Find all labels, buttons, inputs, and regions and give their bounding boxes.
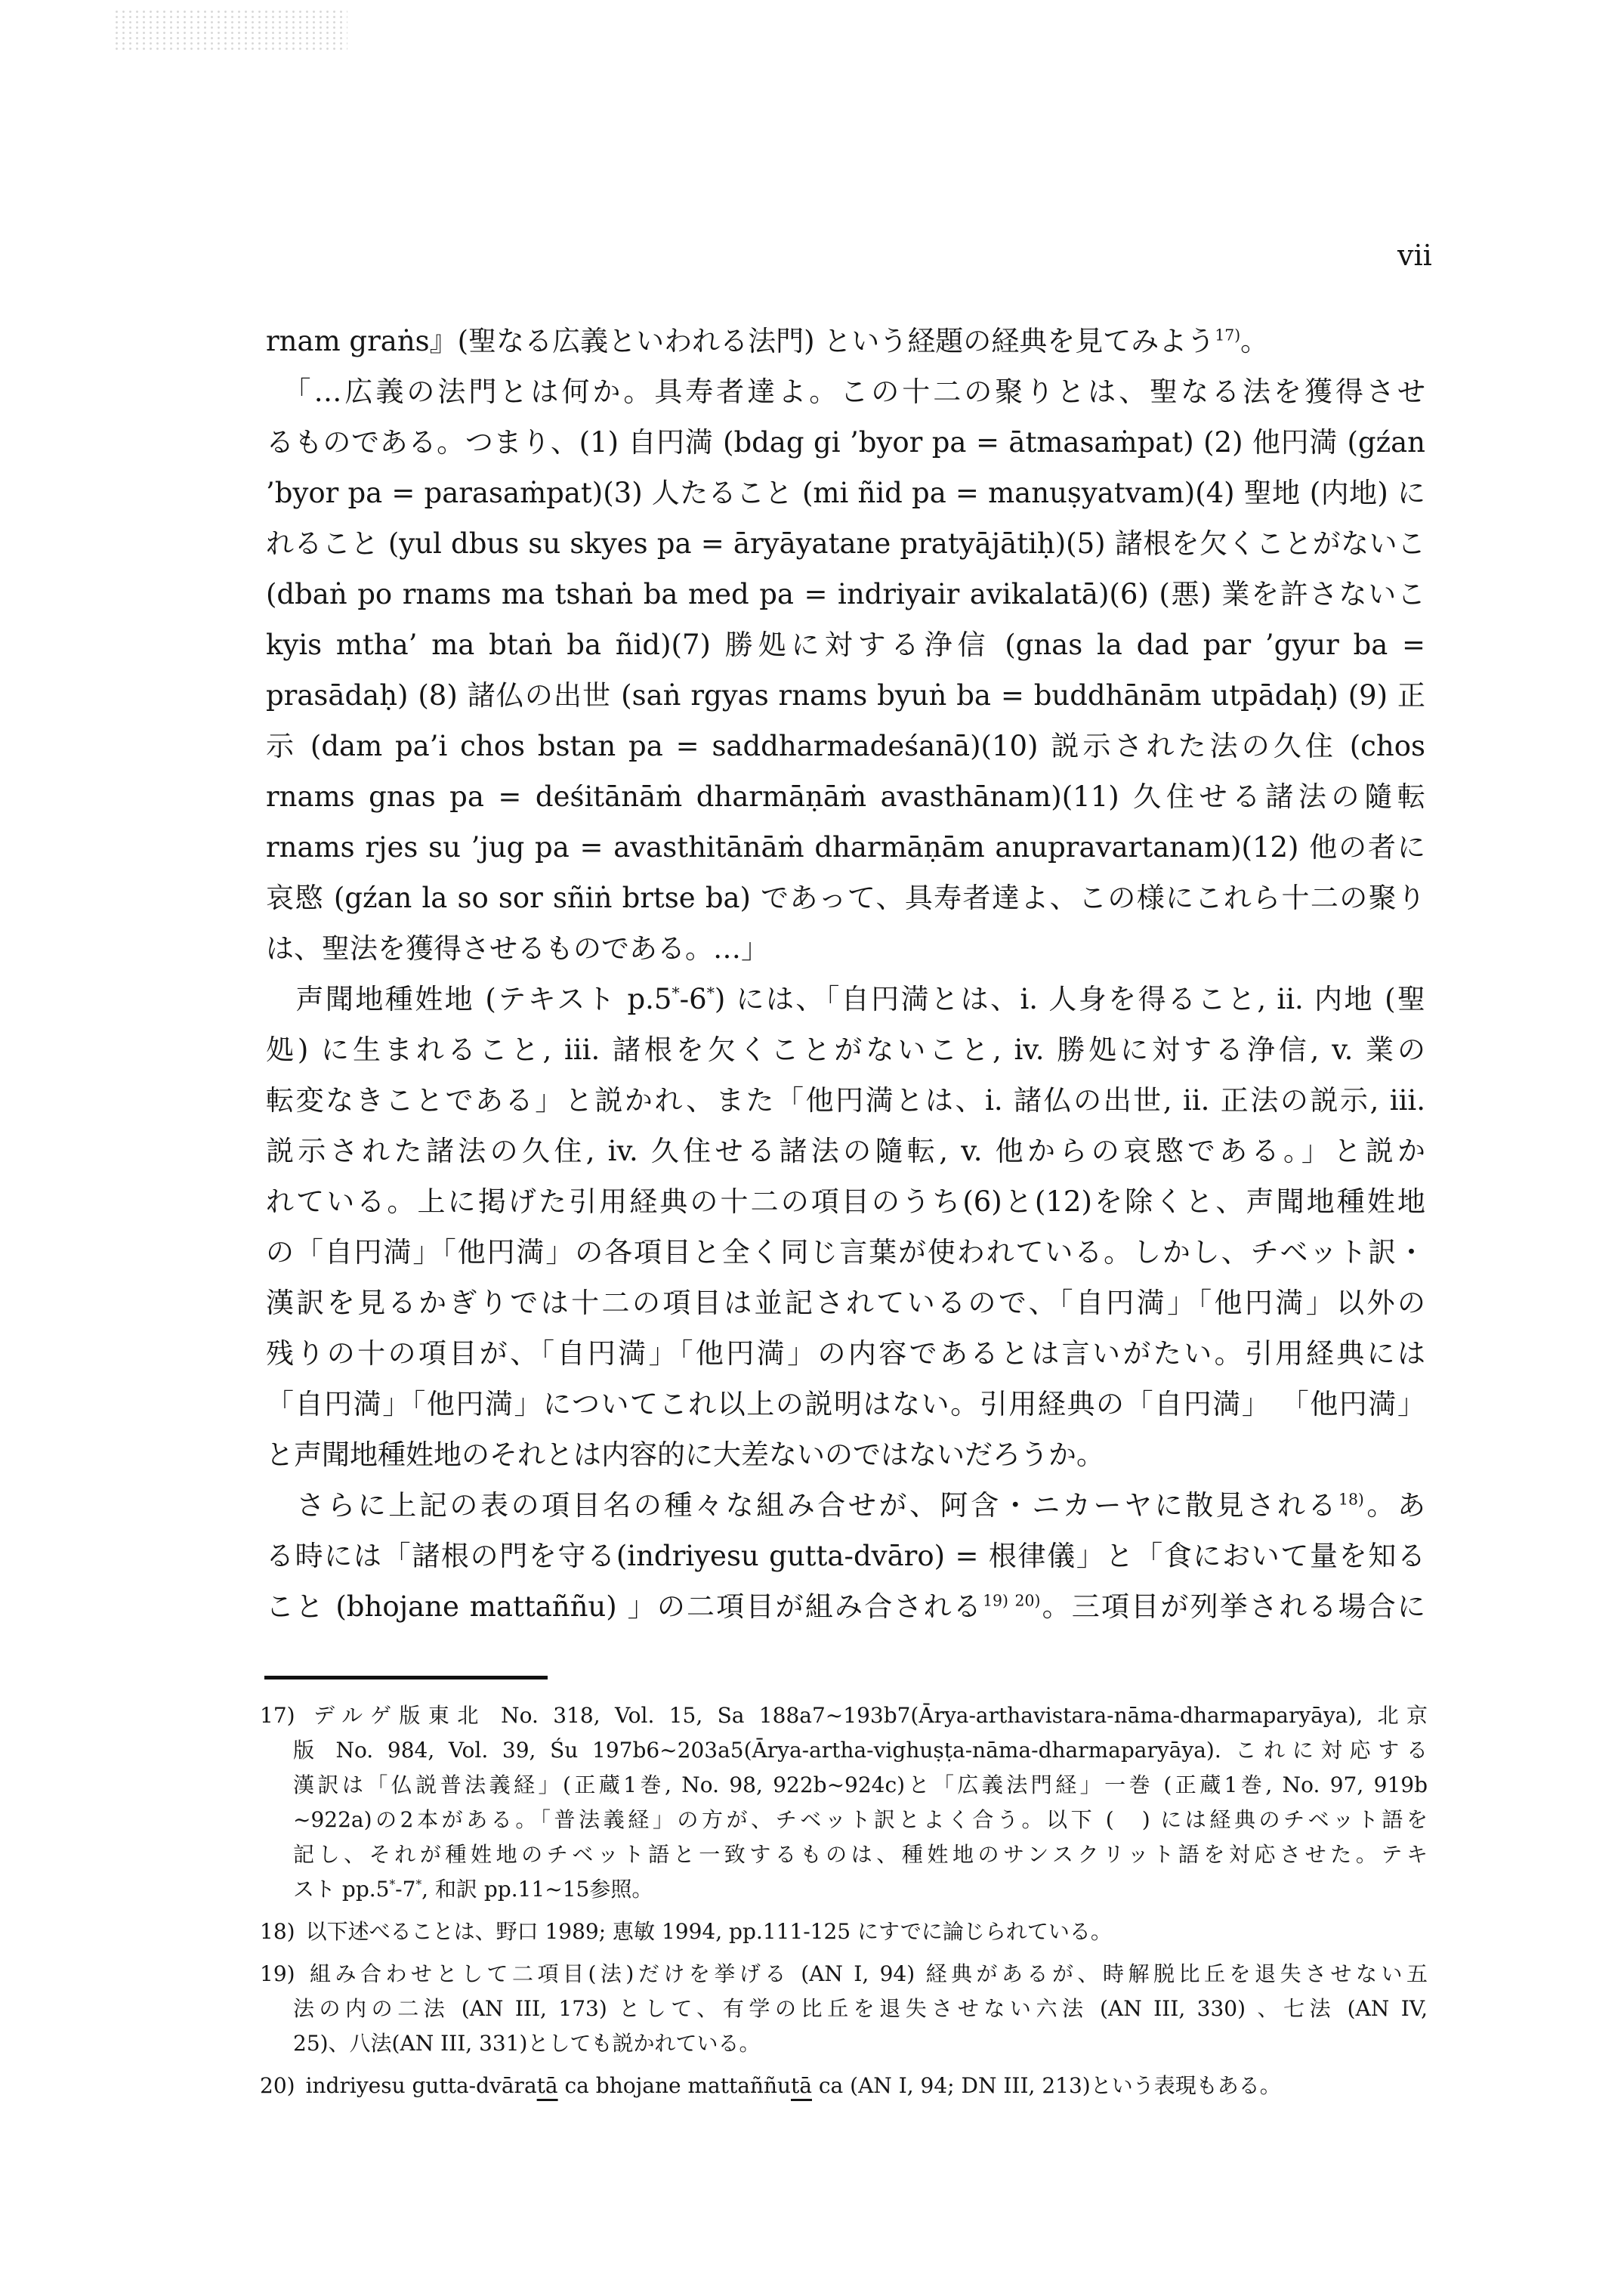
footnote-number: 18) bbox=[260, 1919, 306, 1944]
footnotes: 17)デルゲ版東北 No. 318, Vol. 15, Sa 188a7~193… bbox=[260, 1698, 1428, 2111]
text-line: ’byor pa = parasaṁpat)(3) 人たること (mi ñid … bbox=[266, 468, 1425, 518]
body-text: rnam graṅs』(聖なる広義といわれる法門) という経題の経典を見てみよう… bbox=[266, 316, 1425, 1632]
footnote-reference: * bbox=[415, 1878, 421, 1892]
text-line: prasādaḥ) (8) 諸仏の出世 (saṅ rgyas rnams byu… bbox=[266, 670, 1425, 721]
text-line: さらに上記の表の項目名の種々な組み合せが、阿含・ニカーヤに散見される18)。あ bbox=[266, 1480, 1425, 1531]
underlined-term: tā bbox=[791, 2073, 812, 2098]
text-line: rnam graṅs』(聖なる広義といわれる法門) という経題の経典を見てみよう… bbox=[266, 316, 1425, 366]
text-line: 哀愍 (gźan la so sor sñiṅ brtse ba) であって、具… bbox=[266, 873, 1425, 923]
footnote-line: 18)以下述べることは、野口 1989; 恵敏 1994, pp.111-125… bbox=[260, 1914, 1428, 1949]
text-line: こと (bhojane mattaññu) 」の二項目が組み合される19) 20… bbox=[266, 1581, 1425, 1632]
footnote-reference: 19) 20) bbox=[983, 1592, 1040, 1610]
text-line: 「…広義の法門とは何か。具寿者達よ。この十二の聚りとは、聖なる法を獲得させ bbox=[266, 366, 1425, 417]
text-line: る時には「諸根の門を守る(indriyesu gutta-dvāro) = 根律… bbox=[266, 1531, 1425, 1581]
footnote: 20)indriyesu gutta-dvāratā ca bhojane ma… bbox=[260, 2069, 1428, 2103]
text-line: kyis mtha’ ma btaṅ ba ñid)(7) 勝処に対する浄信 (… bbox=[266, 620, 1425, 670]
footnote-number: 20) bbox=[260, 2073, 306, 2098]
footnote: 18)以下述べることは、野口 1989; 恵敏 1994, pp.111-125… bbox=[260, 1914, 1428, 1949]
text-line: 「自円満」「他円満」についてこれ以上の説明はない。引用経典の「自円満」 「他円満… bbox=[266, 1379, 1425, 1429]
footnote-line: 19)組み合わせとして二項目(法)だけを挙げる (AN I, 94) 経典がある… bbox=[260, 1957, 1428, 1992]
footnote-line: スト pp.5*-7*, 和訳 pp.11~15参照。 bbox=[260, 1872, 1428, 1907]
footnote-line: 版 No. 984, Vol. 39, Śu 197b6~203a5(Ārya-… bbox=[260, 1733, 1428, 1768]
underlined-term: tā bbox=[537, 2073, 558, 2098]
text-line: 漢訳を見るかぎりでは十二の項目は並記されているので、「自円満」「他円満」以外の bbox=[266, 1278, 1425, 1328]
footnote-number: 19) bbox=[260, 1961, 306, 1986]
footnote-line: 20)indriyesu gutta-dvāratā ca bhojane ma… bbox=[260, 2069, 1428, 2103]
text-line: 示 (dam pa’i chos bstan pa = saddharmadeś… bbox=[266, 721, 1425, 771]
footnote-reference: 18) bbox=[1338, 1491, 1364, 1509]
text-line: rnams rjes su ’jug pa = avasthitānāṁ dha… bbox=[266, 822, 1425, 873]
footnote-line: ~922a)の2本がある。「普法義経」の方が、チベット訳とよく合う。以下 ( )… bbox=[260, 1803, 1428, 1837]
scan-noise-speckles bbox=[113, 9, 347, 51]
text-line: の「自円満」「他円満」の各項目と全く同じ言葉が使われている。しかし、チベット訳・ bbox=[266, 1227, 1425, 1278]
footnote-number: 17) bbox=[260, 1703, 306, 1728]
text-line: 転変なきことである」と説かれ、また「他円満とは、i. 諸仏の出世, ii. 正法… bbox=[266, 1075, 1425, 1126]
text-line: と声聞地種姓地のそれとは内容的に大差ないのではないだろうか。 bbox=[266, 1429, 1425, 1480]
footnote: 19)組み合わせとして二項目(法)だけを挙げる (AN I, 94) 経典がある… bbox=[260, 1957, 1428, 2061]
footnote-line: 25)、八法(AN III, 331)としても説かれている。 bbox=[260, 2026, 1428, 2061]
text-line: 説示された諸法の久住, iv. 久住せる諸法の隨転, v. 他からの哀愍である。… bbox=[266, 1126, 1425, 1176]
text-line: は、聖法を獲得させるものである。…」 bbox=[266, 923, 1425, 974]
footnote: 17)デルゲ版東北 No. 318, Vol. 15, Sa 188a7~193… bbox=[260, 1698, 1428, 1907]
page-number: vii bbox=[1397, 240, 1432, 270]
footnote-line: 法の内の二法 (AN III, 173) として、有学の比丘を退失させない六法 … bbox=[260, 1992, 1428, 2026]
footnote-separator-rule bbox=[264, 1676, 548, 1680]
text-line: るものである。つまり、(1) 自円満 (bdag gi ’byor pa = ā… bbox=[266, 417, 1425, 468]
text-line: れている。上に掲げた引用経典の十二の項目のうち(6)と(12)を除くと、声聞地種… bbox=[266, 1176, 1425, 1227]
footnote-reference: * bbox=[707, 984, 715, 1003]
footnote-reference: * bbox=[389, 1878, 395, 1892]
footnote-reference: * bbox=[672, 984, 679, 1003]
scanned-document-page: { "page": { "number": "vii" }, "body": {… bbox=[0, 0, 1624, 2296]
text-line: 残りの十の項目が、「自円満」「他円満」の内容であるとは言いがたい。引用経典には bbox=[266, 1328, 1425, 1379]
footnote-line: 漢訳は「仏説普法義経」(正蔵1巻, No. 98, 922b~924c)と「広義… bbox=[260, 1768, 1428, 1803]
footnote-line: 17)デルゲ版東北 No. 318, Vol. 15, Sa 188a7~193… bbox=[260, 1698, 1428, 1733]
footnote-line: 記し、それが種姓地のチベット語と一致するものは、種姓地のサンスクリット語を対応さ… bbox=[260, 1837, 1428, 1872]
text-line: れること (yul dbus su skyes pa = āryāyatane … bbox=[266, 518, 1425, 569]
text-line: rnams gnas pa = deśitānāṁ dharmāṇāṁ avas… bbox=[266, 771, 1425, 822]
text-line: 声聞地種姓地 (テキスト p.5*-6*) には、「自円満とは、i. 人身を得る… bbox=[266, 974, 1425, 1024]
footnote-reference: 17) bbox=[1215, 326, 1240, 345]
text-line: 処) に生まれること, iii. 諸根を欠くことがないこと, iv. 勝処に対す… bbox=[266, 1024, 1425, 1075]
text-line: (dbaṅ po rnams ma tshaṅ ba med pa = indr… bbox=[266, 569, 1425, 620]
